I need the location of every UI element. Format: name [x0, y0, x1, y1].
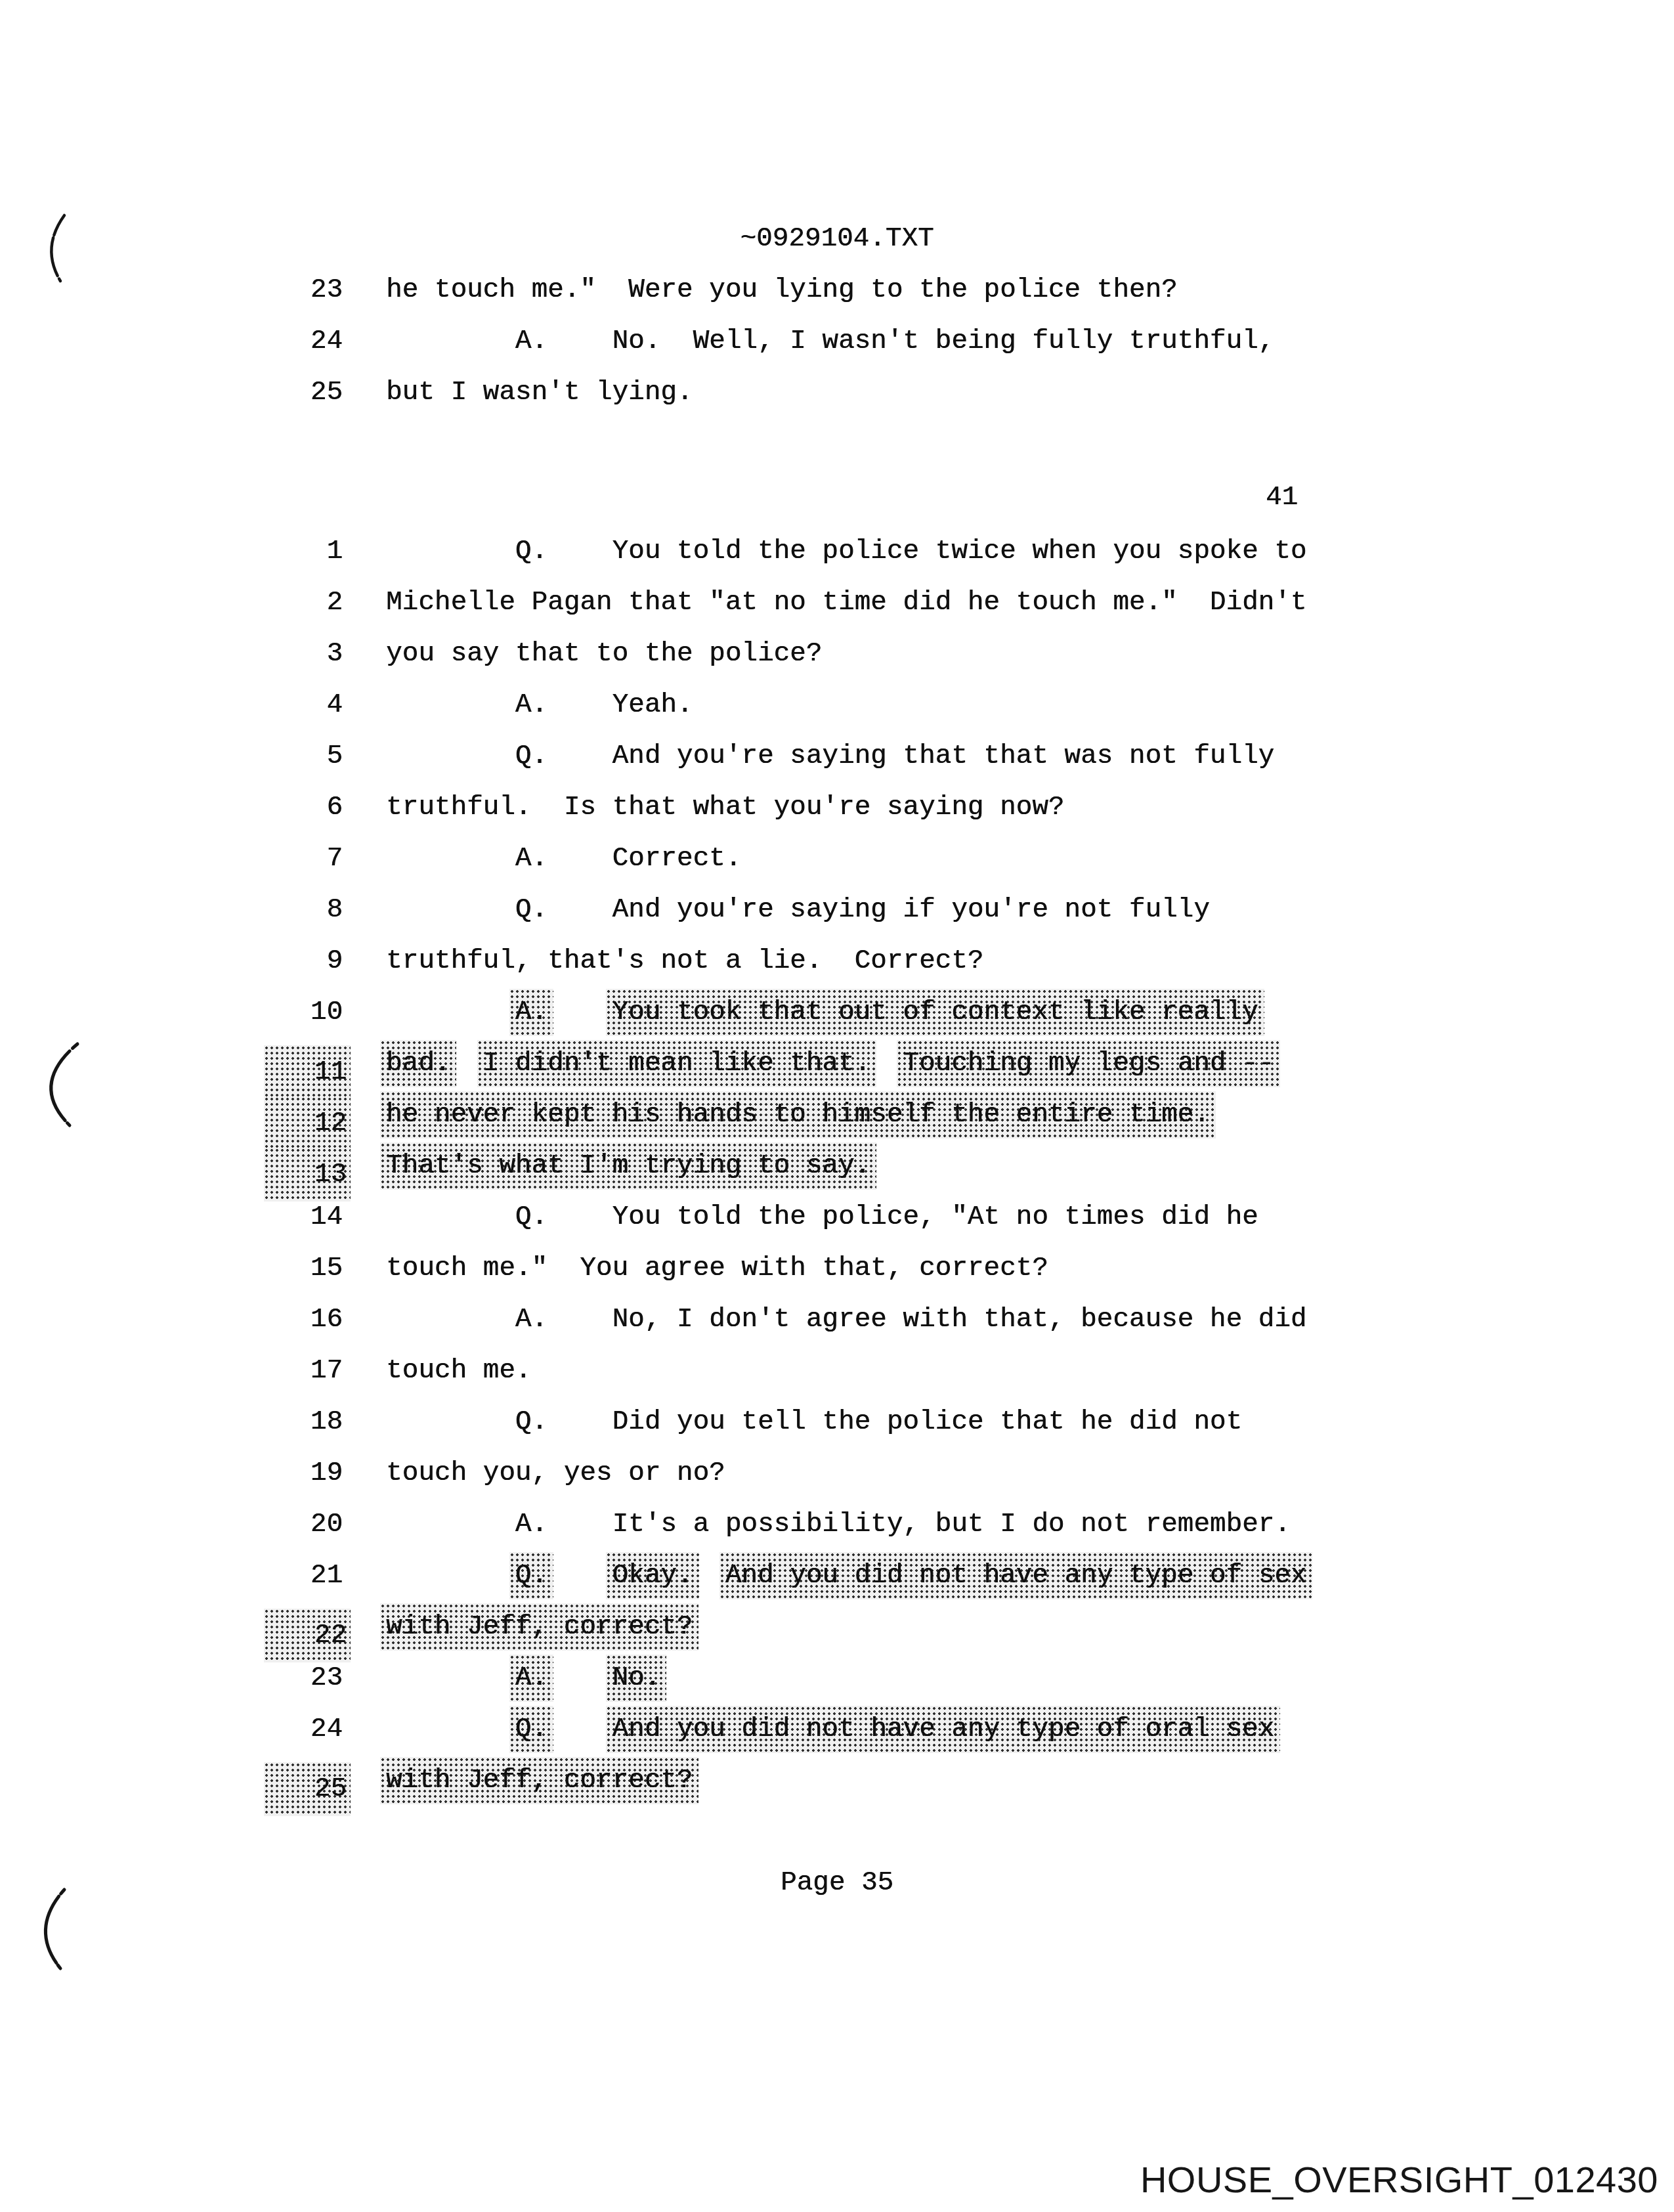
highlighted-text-segment: You took that out of context like really	[606, 989, 1264, 1036]
line-number: 10	[264, 994, 343, 1031]
line-number: 21	[264, 1557, 343, 1594]
line-text: bad. I didn't mean like that. Touching m…	[386, 1045, 1274, 1082]
highlighted-text-segment: Okay.	[606, 1552, 698, 1599]
line-text: Q. Okay. And you did not have any type o…	[386, 1557, 1306, 1594]
line-number: 18	[264, 1404, 343, 1441]
line-number: 4	[264, 687, 343, 724]
line-number: 9	[264, 943, 343, 980]
line-text: touch me." You agree with that, correct?	[386, 1250, 1048, 1287]
line-number: 17	[264, 1353, 343, 1389]
line-number: 12	[264, 1096, 351, 1150]
text-segment: Q. Did you tell the police that he did n…	[386, 1407, 1242, 1437]
line-text: A. Correct.	[386, 840, 741, 877]
line-number: 20	[264, 1506, 343, 1543]
transcript-line: 23 A. No.	[0, 1660, 1674, 1699]
transcript-line: 1 Q. You told the police twice when you …	[0, 533, 1674, 573]
text-segment: you say that to the police?	[386, 639, 822, 669]
highlighted-text-segment: That's what I'm trying to say.	[380, 1142, 876, 1190]
line-number: 14	[264, 1199, 343, 1236]
line-number: 24	[264, 323, 343, 360]
line-text: touch you, yes or no?	[386, 1455, 725, 1492]
line-text: he touch me." Were you lying to the poli…	[386, 272, 1178, 309]
highlighted-text-segment: Q.	[509, 1552, 553, 1599]
text-segment: Michelle Pagan that "at no time did he t…	[386, 588, 1306, 618]
transcript-line: 10 A. You took that out of context like …	[0, 994, 1674, 1033]
transcript-line: 7 A. Correct.	[0, 840, 1674, 880]
transcript-line: 6truthful. Is that what you're saying no…	[0, 789, 1674, 829]
line-text: truthful. Is that what you're saying now…	[386, 789, 1064, 826]
text-segment	[386, 997, 515, 1028]
text-segment: touch you, yes or no?	[386, 1458, 725, 1488]
line-text: truthful, that's not a lie. Correct?	[386, 943, 983, 980]
transcript-line: 18 Q. Did you tell the police that he di…	[0, 1404, 1674, 1443]
text-segment	[386, 1663, 515, 1693]
text-segment	[547, 1714, 612, 1745]
text-segment: truthful. Is that what you're saying now…	[386, 792, 1064, 823]
transcript-line: 12he never kept his hands to himself the…	[0, 1096, 1674, 1136]
transcript-line: 3you say that to the police?	[0, 636, 1674, 675]
line-text: A. No.	[386, 1660, 660, 1697]
text-segment: A. No, I don't agree with that, because …	[386, 1305, 1306, 1335]
line-number: 11	[264, 1045, 351, 1099]
line-number: 23	[264, 1660, 343, 1697]
line-number: 19	[264, 1455, 343, 1492]
line-number: 1	[264, 533, 343, 570]
transcript-line: 4 A. Yeah.	[0, 687, 1674, 726]
transcript-line: 8 Q. And you're saying if you're not ful…	[0, 892, 1674, 931]
line-number: 2	[264, 584, 343, 621]
line-text: but I wasn't lying.	[386, 374, 693, 411]
scanned-transcript-page: ~0929104.TXT 23he touch me." Were you ly…	[0, 0, 1674, 2212]
transcript-line: 24 A. No. Well, I wasn't being fully tru…	[0, 323, 1674, 362]
highlighted-text-segment: And you did not have any type of sex	[719, 1552, 1313, 1599]
transcript-line: 24 Q. And you did not have any type of o…	[0, 1711, 1674, 1750]
line-text: A. No. Well, I wasn't being fully truthf…	[386, 323, 1274, 360]
transcript-line: 15touch me." You agree with that, correc…	[0, 1250, 1674, 1290]
document-title: ~0929104.TXT	[0, 221, 1674, 257]
text-segment: A. Correct.	[386, 844, 741, 874]
highlighted-text-segment: And you did not have any type of oral se…	[606, 1706, 1280, 1753]
highlighted-text-segment: bad.	[380, 1040, 456, 1087]
line-text: with Jeff, correct?	[386, 1762, 693, 1799]
text-segment: A. No. Well, I wasn't being fully truthf…	[386, 326, 1274, 357]
line-text: That's what I'm trying to say.	[386, 1148, 870, 1184]
transcript-line: 25but I wasn't lying.	[0, 374, 1674, 414]
line-number: 3	[264, 636, 343, 672]
line-number: 7	[264, 840, 343, 877]
line-text: with Jeff, correct?	[386, 1609, 693, 1645]
highlighted-text-segment: A.	[509, 989, 553, 1036]
transcript-line: 11bad. I didn't mean like that. Touching…	[0, 1045, 1674, 1085]
line-number: 5	[264, 738, 343, 775]
text-segment	[547, 1561, 612, 1591]
text-segment: he touch me." Were you lying to the poli…	[386, 275, 1178, 305]
line-number: 24	[264, 1711, 343, 1748]
text-segment	[386, 1714, 515, 1745]
line-number: 22	[264, 1609, 351, 1662]
transcript-line: 21 Q. Okay. And you did not have any typ…	[0, 1557, 1674, 1597]
line-number: 25	[264, 374, 343, 411]
transcript-line: 20 A. It's a possibility, but I do not r…	[0, 1506, 1674, 1546]
line-text: Q. You told the police, "At no times did…	[386, 1199, 1258, 1236]
highlighted-text-segment: I didn't mean like that.	[477, 1040, 877, 1087]
line-text: he never kept his hands to himself the e…	[386, 1096, 1210, 1133]
line-text: A. You took that out of context like rea…	[386, 994, 1258, 1031]
text-segment: but I wasn't lying.	[386, 378, 693, 408]
page-footer: Page 35	[0, 1865, 1674, 1901]
line-number: 8	[264, 892, 343, 928]
page-number: 41	[1266, 479, 1298, 516]
line-number: 25	[264, 1762, 351, 1816]
line-number: 15	[264, 1250, 343, 1287]
transcript-line: 14 Q. You told the police, "At no times …	[0, 1199, 1674, 1238]
transcript-line: 23he touch me." Were you lying to the po…	[0, 272, 1674, 311]
line-number: 6	[264, 789, 343, 826]
text-segment	[547, 1663, 612, 1693]
bates-stamp: HOUSE_OVERSIGHT_012430	[1140, 2161, 1658, 2198]
transcript-line: 16 A. No, I don't agree with that, becau…	[0, 1301, 1674, 1341]
line-text: Q. And you did not have any type of oral…	[386, 1711, 1274, 1748]
text-segment: Q. You told the police, "At no times did…	[386, 1202, 1258, 1232]
highlighted-text-segment: No.	[606, 1655, 666, 1702]
text-segment: touch me.	[386, 1356, 531, 1386]
transcript-line: 9truthful, that's not a lie. Correct?	[0, 943, 1674, 982]
transcript-line: 5 Q. And you're saying that that was not…	[0, 738, 1674, 777]
line-number: 13	[264, 1148, 351, 1202]
line-number: 23	[264, 272, 343, 309]
highlighted-text-segment: with Jeff, correct?	[380, 1757, 698, 1804]
line-number: 16	[264, 1301, 343, 1338]
transcript-line: 25with Jeff, correct?	[0, 1762, 1674, 1802]
line-text: Q. Did you tell the police that he did n…	[386, 1404, 1242, 1441]
text-segment	[547, 997, 612, 1028]
line-text: Q. And you're saying if you're not fully	[386, 892, 1210, 928]
highlighted-text-segment: A.	[509, 1655, 553, 1702]
line-text: you say that to the police?	[386, 636, 822, 672]
text-segment	[386, 1561, 515, 1591]
line-text: A. It's a possibility, but I do not reme…	[386, 1506, 1291, 1543]
line-text: Q. And you're saying that that was not f…	[386, 738, 1274, 775]
line-text: A. Yeah.	[386, 687, 693, 724]
highlighted-text-segment: with Jeff, correct?	[380, 1603, 698, 1651]
text-segment: Q. And you're saying if you're not fully	[386, 895, 1210, 925]
line-text: A. No, I don't agree with that, because …	[386, 1301, 1306, 1338]
line-text: touch me.	[386, 1353, 531, 1389]
text-segment: truthful, that's not a lie. Correct?	[386, 946, 983, 976]
text-segment: touch me." You agree with that, correct?	[386, 1253, 1048, 1284]
transcript-line: 19touch you, yes or no?	[0, 1455, 1674, 1494]
line-text: Q. You told the police twice when you sp…	[386, 533, 1306, 570]
highlighted-text-segment: he never kept his hands to himself the e…	[380, 1091, 1216, 1139]
highlighted-text-segment: Q.	[509, 1706, 553, 1753]
text-segment: A. It's a possibility, but I do not reme…	[386, 1509, 1291, 1540]
transcript-line: 2Michelle Pagan that "at no time did he …	[0, 584, 1674, 624]
text-segment: A. Yeah.	[386, 690, 693, 720]
transcript-line: 13That's what I'm trying to say.	[0, 1148, 1674, 1187]
transcript-line: 22with Jeff, correct?	[0, 1609, 1674, 1648]
line-text: Michelle Pagan that "at no time did he t…	[386, 584, 1306, 621]
text-segment: Q. And you're saying that that was not f…	[386, 741, 1274, 771]
text-segment: Q. You told the police twice when you sp…	[386, 536, 1306, 567]
highlighted-text-segment: Touching my legs and --	[897, 1040, 1280, 1087]
transcript-line: 17touch me.	[0, 1353, 1674, 1392]
